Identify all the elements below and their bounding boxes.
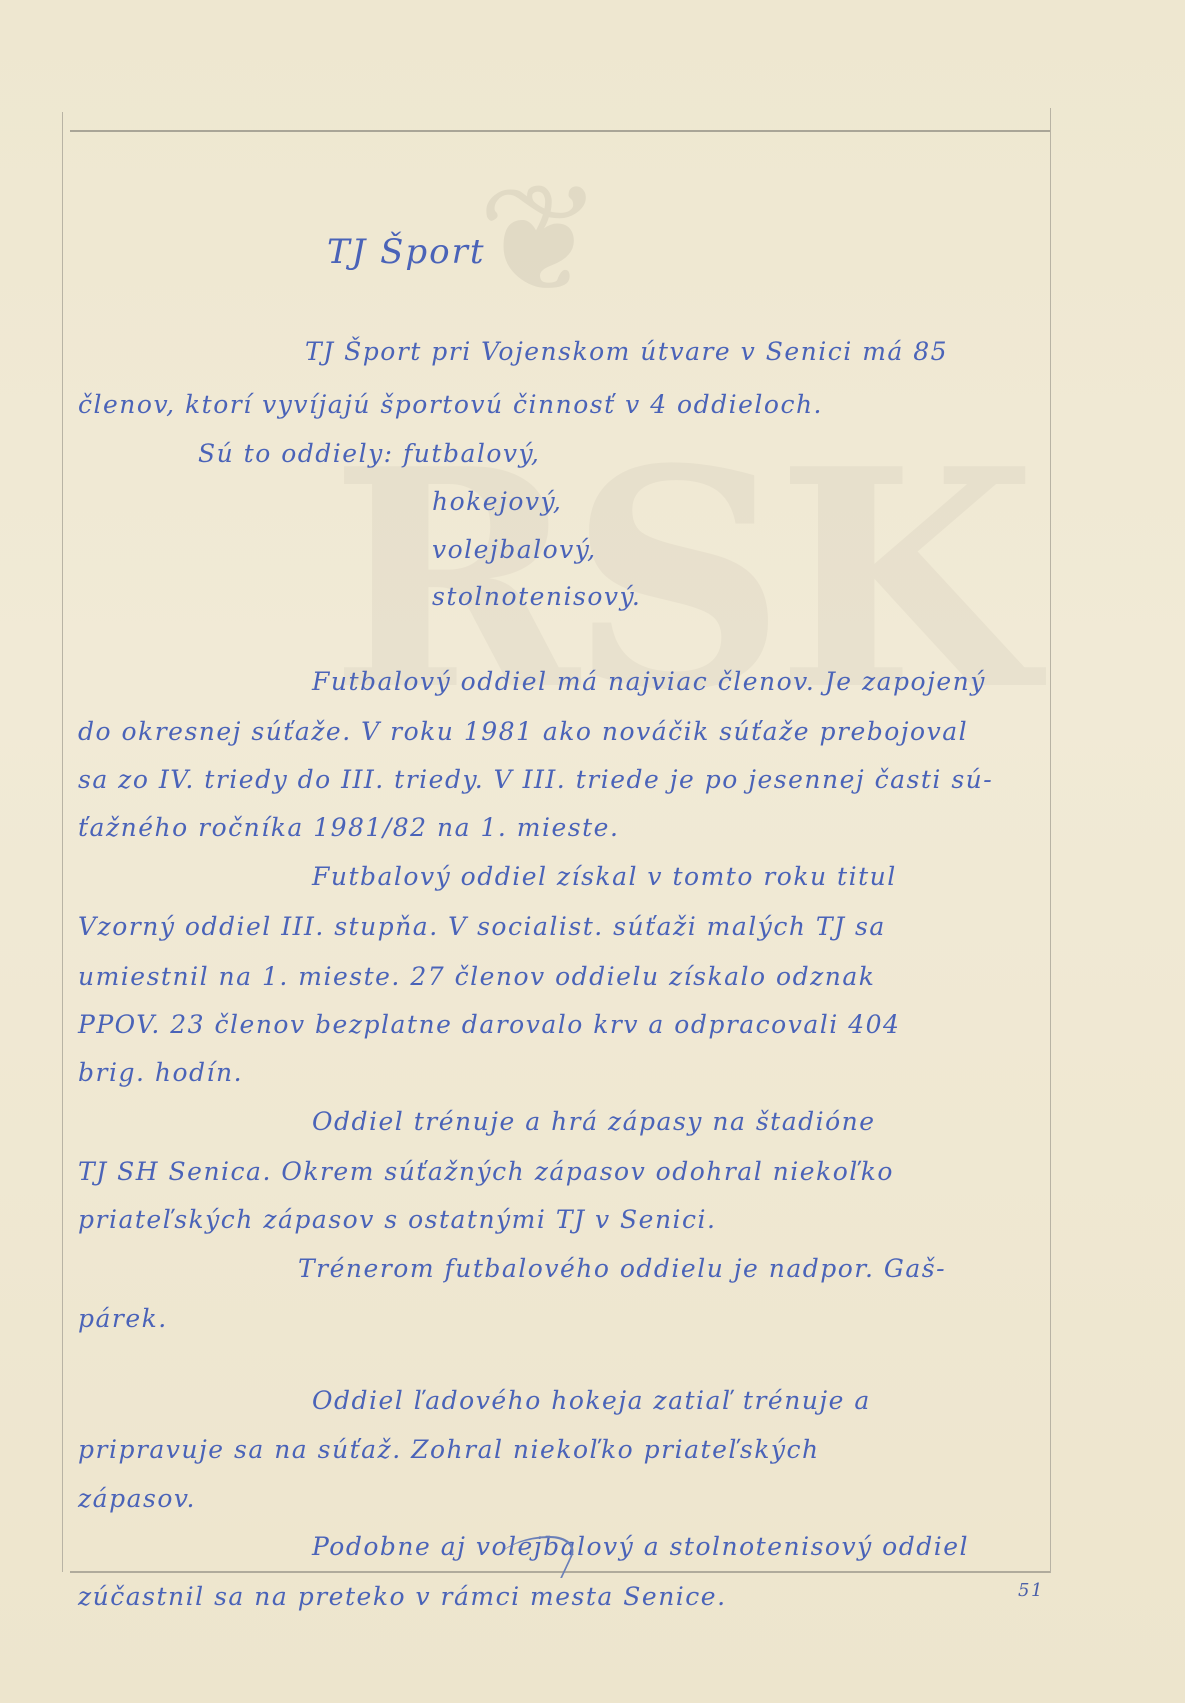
text-line: Futbalový oddiel má najviac členov. Je z… — [312, 667, 986, 696]
text-line: volejbalový, — [432, 535, 597, 564]
text-line: PPOV. 23 členov bezplatne darovalo krv a… — [78, 1010, 900, 1039]
text-line: zápasov. — [78, 1484, 196, 1513]
text-line: Oddiel trénuje a hrá zápasy na štadióne — [312, 1107, 876, 1136]
notebook-page: ❦ RSK TJ Šport TJ Šport pri Vojenskom út… — [0, 0, 1185, 1703]
text-line: párek. — [78, 1304, 168, 1333]
text-line: TJ Šport pri Vojenskom útvare v Senici m… — [305, 337, 948, 366]
text-line: Sú to oddiely: futbalový, — [198, 439, 540, 468]
frame-left-rule — [62, 112, 63, 1572]
text-line: Vzorný oddiel III. stupňa. V socialist. … — [78, 912, 886, 941]
text-line: brig. hodín. — [78, 1058, 243, 1087]
text-line: ťažného ročníka 1981/82 na 1. mieste. — [78, 813, 619, 842]
text-line: hokejový, — [432, 487, 562, 516]
text-line: členov, ktorí vyvíjajú športovú činnosť … — [78, 390, 823, 419]
text-line: pripravuje sa na súťaž. Zohral niekoľko … — [78, 1435, 820, 1464]
text-line: Oddiel ľadového hokeja zatiaľ trénuje a — [312, 1386, 871, 1415]
text-line: Futbalový oddiel získal v tomto roku tit… — [312, 862, 897, 891]
watermark: RSK — [330, 430, 950, 990]
text-line: stolnotenisový. — [432, 582, 641, 611]
frame-right-rule — [1050, 108, 1051, 1573]
page-number: 51 — [1018, 1580, 1044, 1601]
text-line: Podobne aj volejbalový a stolnotenisový … — [312, 1532, 969, 1561]
text-line: umiestnil na 1. mieste. 27 členov oddiel… — [78, 962, 875, 991]
text-line: sa zo IV. triedy do III. triedy. V III. … — [78, 765, 993, 794]
text-line: zúčastnil sa na preteko v rámci mesta Se… — [78, 1582, 727, 1611]
frame-top-rule — [70, 130, 1050, 132]
text-line: priateľských zápasov s ostatnými TJ v Se… — [78, 1205, 717, 1234]
text-line: TJ SH Senica. Okrem súťažných zápasov od… — [78, 1157, 894, 1186]
page-title: TJ Šport — [327, 232, 486, 272]
text-line: do okresnej súťaže. V roku 1981 ako nová… — [78, 717, 968, 746]
text-line: Trénerom futbalového oddielu je nadpor. … — [298, 1254, 946, 1283]
